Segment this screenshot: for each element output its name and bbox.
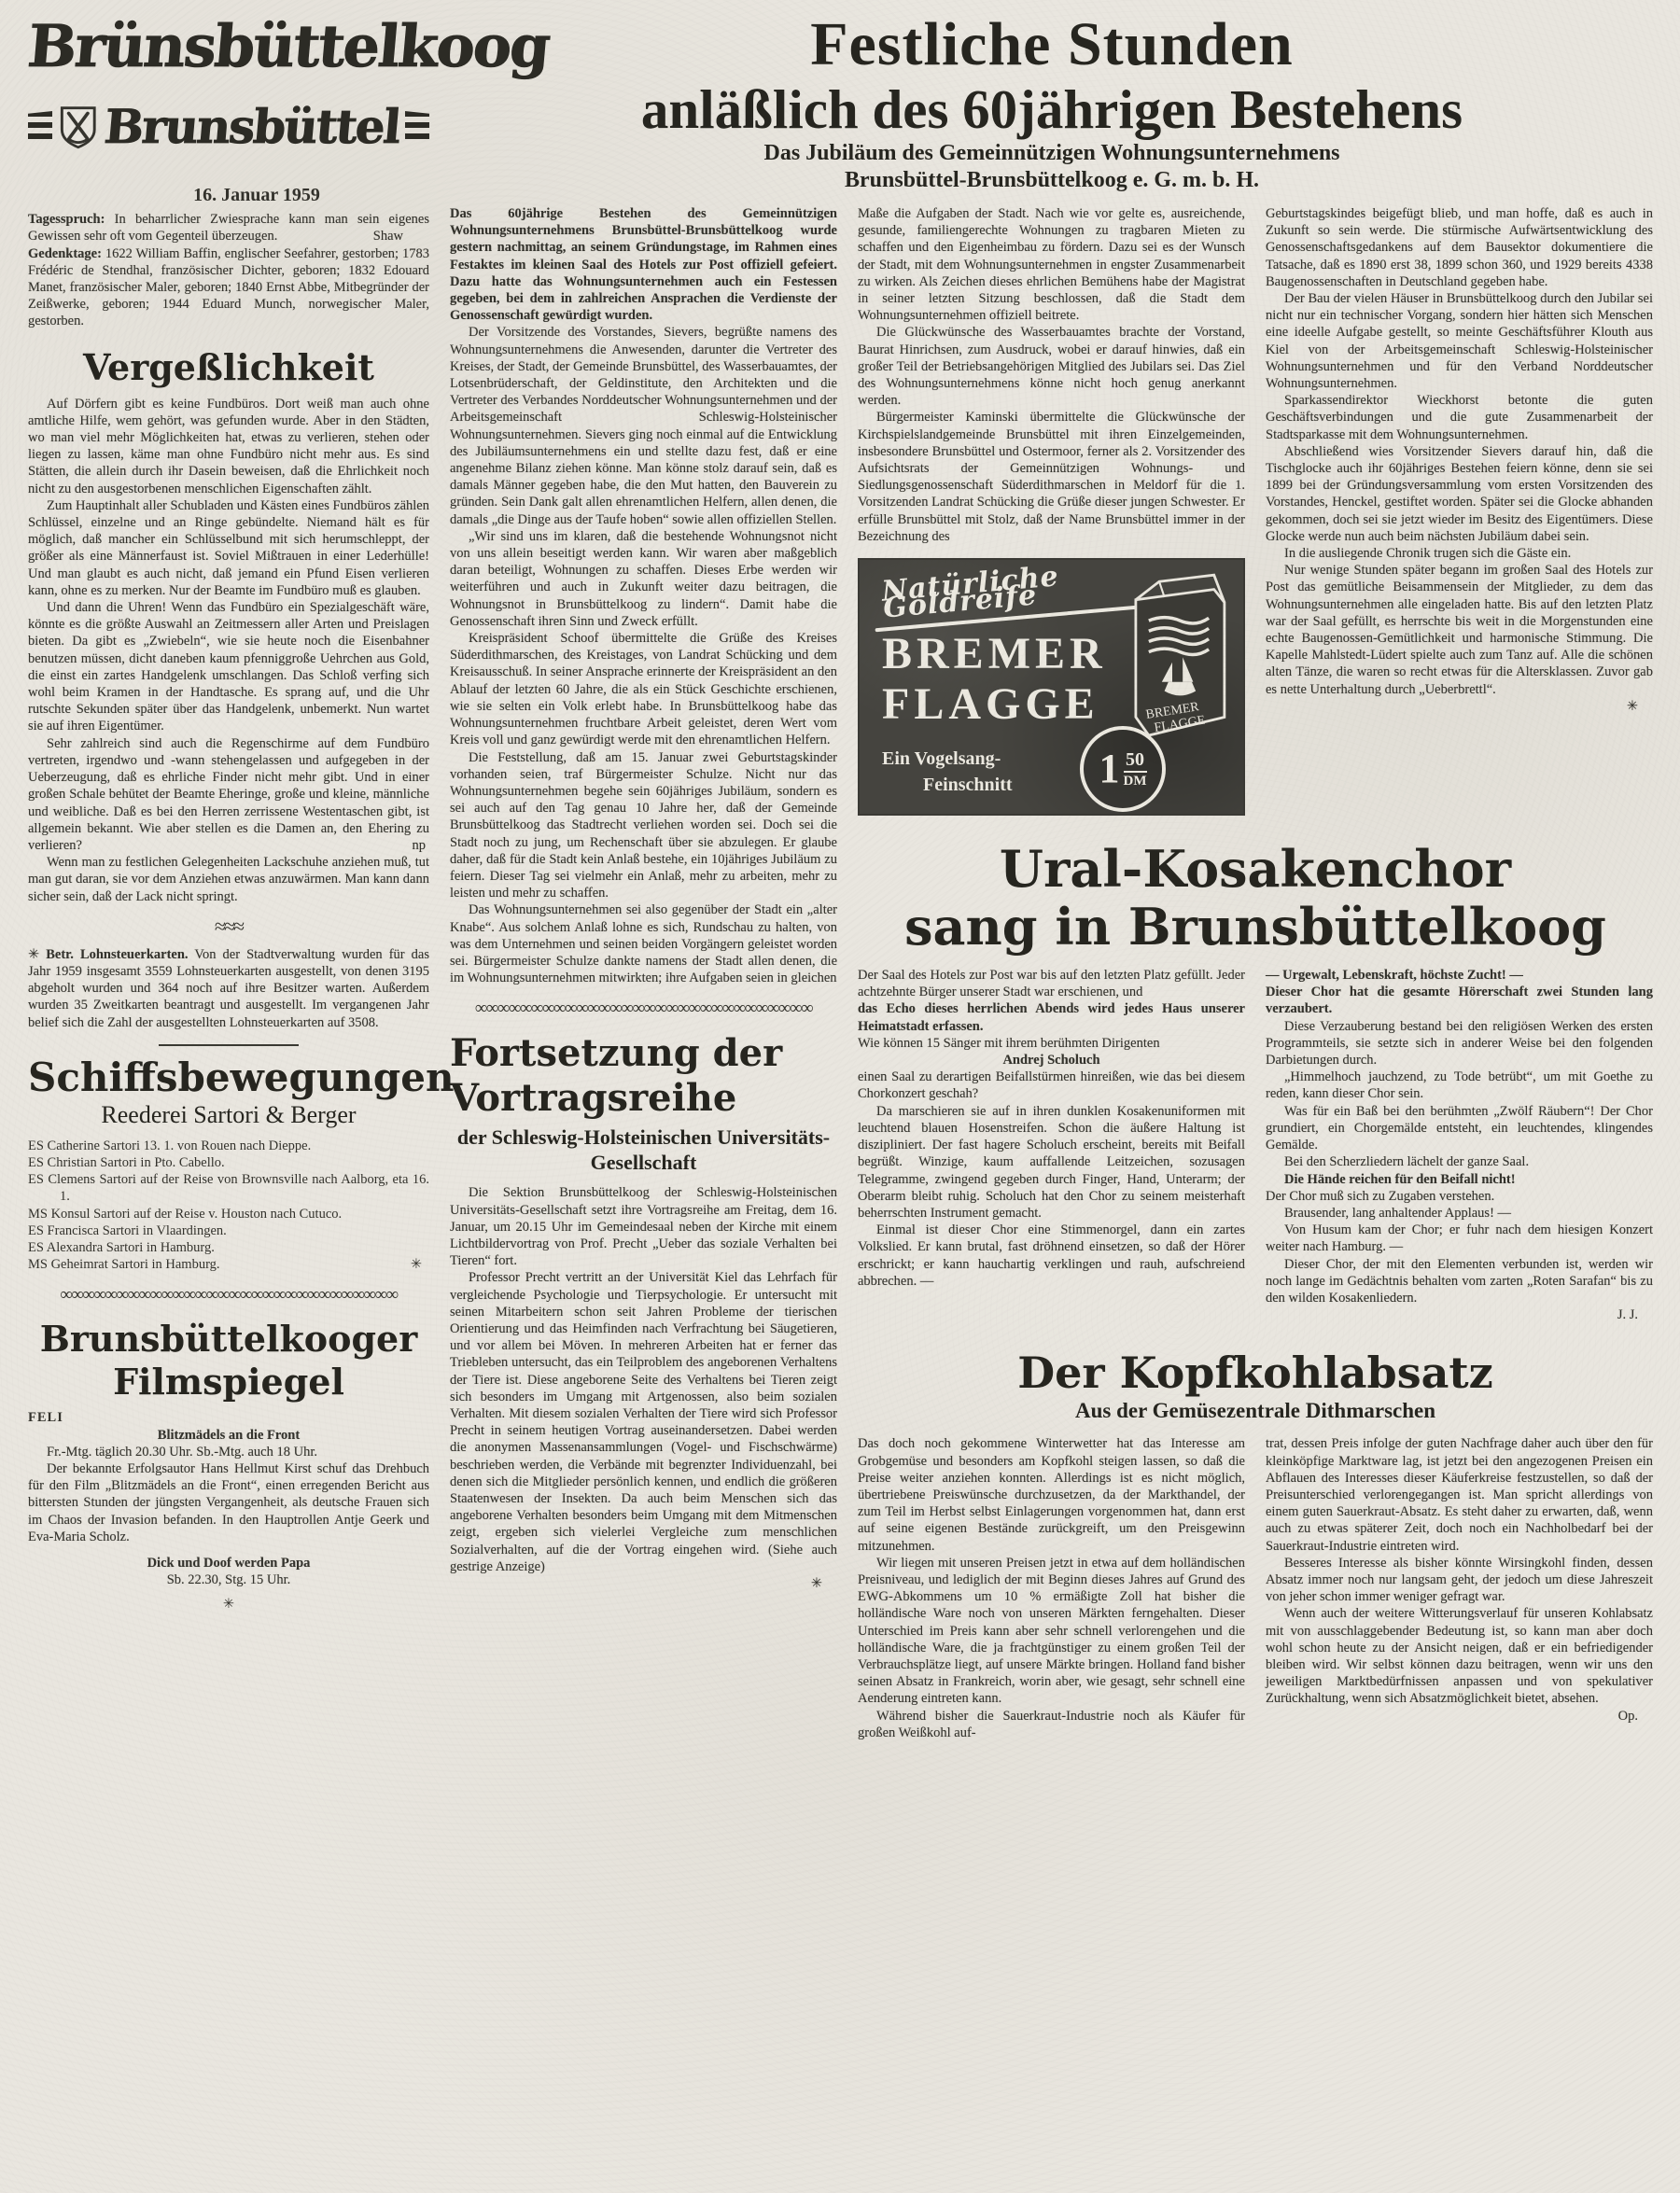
cinema-name: FELI <box>28 1409 429 1426</box>
paragraph: Besseres Interesse als bisher könnte Wir… <box>1266 1555 1653 1606</box>
film1-times: Fr.-Mtg. täglich 20.30 Uhr. Sb.-Mtg. auc… <box>28 1444 429 1460</box>
paragraph: Nur wenige Stunden später begann im groß… <box>1266 562 1653 698</box>
left-column: Brünsbüttelkoog Brunsbüttel 16. Januar 1… <box>28 17 429 1613</box>
tagesspruch-author: Shaw <box>373 228 429 244</box>
headline-line2: anläßlich des 60jährigen Bestehens <box>450 78 1654 140</box>
jubilee-col3: Geburtstagskindes beigefügt blieb, und m… <box>1266 205 1653 715</box>
section-title-filmspiegel: Brunsbüttelkooger Filmspiegel <box>28 1318 429 1404</box>
paragraph: Die Sektion Brunsbüttelkoog der Schleswi… <box>450 1184 837 1269</box>
main-area: Festliche Stunden anläßlich des 60jährig… <box>450 11 1654 1741</box>
paragraph: In die ausliegende Chronik trugen sich d… <box>1266 545 1653 562</box>
paragraph: Maße die Aufgaben der Stadt. Nach wie vo… <box>858 205 1245 324</box>
paragraph: „Himmelhoch jauchzend, zu Tode betrübt“,… <box>1266 1069 1653 1102</box>
paragraph: Abschließend wies Vorsitzender Sievers d… <box>1266 443 1653 545</box>
kopfkohl-column-2: trat, dessen Preis infolge der guten Nac… <box>1266 1435 1653 1741</box>
paragraph: MS Konsul Sartori auf der Reise v. Houst… <box>28 1206 429 1222</box>
paragraph: Bürgermeister Kaminski übermittelte die … <box>858 409 1245 545</box>
section-title-schiffsbewegungen: Schiffsbewegungen <box>28 1055 429 1100</box>
section-subtitle-kopfkohl: Aus der Gemüsezentrale Dithmarschen <box>858 1398 1653 1424</box>
tagesspruch-label: Tagesspruch: <box>28 212 105 227</box>
tobacco-pack-illustration-icon: BREMER FLAGGE <box>1107 571 1238 748</box>
paragraph: Dieser Chor hat die gesamte Hörerschaft … <box>1266 984 1653 1017</box>
banner-wing-left-icon <box>28 111 52 143</box>
headline-sub2: Brunsbüttel-Brunsbüttelkoog e. G. m. b. … <box>450 167 1654 194</box>
paragraph: Der Vorsitzende des Vorstandes, Sievers,… <box>450 324 837 527</box>
ad-brand-name: BREMER FLAGGE <box>882 629 1107 730</box>
ad-price-unit: DM <box>1124 771 1147 789</box>
paragraph: „Wir sind uns im klaren, daß die bestehe… <box>450 528 837 630</box>
film2-title: Dick und Doof werden Papa <box>28 1555 429 1571</box>
paragraph: ES Alexandra Sartori in Hamburg. <box>28 1239 429 1256</box>
newspaper-page: Brünsbüttelkoog Brunsbüttel 16. Januar 1… <box>0 0 1680 2193</box>
paragraph: Professor Precht vertritt an der Univers… <box>450 1269 837 1575</box>
section-title-kosakenchor-line1: Ural-Kosakenchor <box>858 840 1653 898</box>
ship-movements-list: ES Catherine Sartori 13. 1. von Rouen na… <box>28 1138 429 1274</box>
paragraph: J. J. <box>1266 1306 1653 1323</box>
paragraph: Das Wohnungsunternehmen sei also gegenüb… <box>450 901 837 986</box>
banner-wing-right-icon <box>405 111 429 143</box>
paragraph: Der Bau der vielen Häuser in Brunsbüttel… <box>1266 290 1653 392</box>
paragraph: Brausender, lang anhaltender Applaus! — <box>1266 1205 1653 1222</box>
paragraph: Was für ein Baß bei den berühmten „Zwölf… <box>1266 1103 1653 1154</box>
paragraph: trat, dessen Preis infolge der guten Nac… <box>1266 1435 1653 1554</box>
issue-date: 16. Januar 1959 <box>84 187 429 203</box>
squiggle-divider-icon: ≈≈≈ <box>28 915 429 939</box>
paragraph: Das 60jährige Bestehen des Gemeinnützige… <box>450 205 837 324</box>
paragraph: Wie können 15 Sänger mit ihrem berühmten… <box>858 1035 1245 1052</box>
asterisk-icon: ✳ <box>28 947 39 962</box>
paragraph: ES Christian Sartori in Pto. Cabello. <box>28 1154 429 1171</box>
rope-divider-icon: ∞∞∞∞∞∞∞∞∞∞∞∞∞∞∞∞∞∞∞∞∞∞∞∞∞∞∞∞∞∞ <box>28 1284 429 1306</box>
section-subtitle-vortragsreihe: der Schleswig-Holsteinischen Universität… <box>450 1124 837 1175</box>
paragraph: Von Husum kam der Chor; er fuhr nach dem… <box>1266 1222 1653 1255</box>
article-title-vergesslichkeit: Vergeßlichkeit <box>28 347 429 388</box>
kosaken-column-1: Der Saal des Hotels zur Post war bis auf… <box>858 967 1245 1323</box>
paragraph: Dieser Chor, der mit den Elementen verbu… <box>1266 1256 1653 1307</box>
paragraph: einen Saal zu derartigen Beifallstürmen … <box>858 1069 1245 1102</box>
film2-times: Sb. 22.30, Stg. 15 Uhr. <box>28 1571 429 1588</box>
paragraph: ES Catherine Sartori 13. 1. von Rouen na… <box>28 1138 429 1154</box>
masthead-title-line1: Brünsbüttelkoog <box>25 17 432 77</box>
section-title-kosakenchor-line2: sang in Brunsbüttelkoog <box>858 898 1653 956</box>
paragraph: Wenn man zu festlichen Gelegenheiten Lac… <box>28 854 429 905</box>
paragraph: Einmal ist dieser Chor eine Stimmenorgel… <box>858 1222 1245 1290</box>
paragraph: das Echo dieses herrlichen Abends wird j… <box>858 1000 1245 1034</box>
vortrag-body: Die Sektion Brunsbüttelkoog der Schleswi… <box>450 1184 837 1592</box>
tagesspruch: Tagesspruch: In beharrlicher Zwiesprache… <box>28 211 429 244</box>
paragraph: Zum Hauptinhalt aller Schubladen und Käs… <box>28 497 429 599</box>
paragraph: ES Francisca Sartori in Vlaardingen. <box>28 1222 429 1239</box>
paragraph: ✳ <box>1266 698 1653 715</box>
section-title-vortragsreihe: Fortsetzung der Vortragsreihe <box>450 1031 837 1121</box>
ad-price-frac-num: 50 <box>1126 750 1144 771</box>
paragraph: — Urgewalt, Lebenskraft, höchste Zucht! … <box>1266 967 1653 984</box>
ad-brand-line1: BREMER <box>882 629 1107 679</box>
coat-of-arms-icon <box>58 82 99 172</box>
paragraph: Sehr zahlreich sind auch die Regenschirm… <box>28 735 429 854</box>
rope-divider-icon: ∞∞∞∞∞∞∞∞∞∞∞∞∞∞∞∞∞∞∞∞∞∞∞∞∞∞∞∞∞∞ <box>450 998 837 1020</box>
paragraph: Und dann die Uhren! Wenn das Fundbüro ei… <box>28 599 429 735</box>
advertisement-bremer-flagge: Natürliche Goldreife BREMER FLAGGE Ein V… <box>858 558 1245 816</box>
paragraph: Geburtstagskindes beigefügt blieb, und m… <box>1266 205 1653 290</box>
main-columns-2-3: Maße die Aufgaben der Stadt. Nach wie vo… <box>858 205 1653 1741</box>
ad-brand-line2: FLAGGE <box>882 679 1107 730</box>
masthead: Brünsbüttelkoog Brunsbüttel 16. Januar 1… <box>28 17 429 203</box>
main-column-3: Geburtstagskindes beigefügt blieb, und m… <box>1266 205 1653 816</box>
gedenktage: Gedenktage: 1622 William Baffin, englisc… <box>28 245 429 330</box>
ad-tagline-2: Feinschnitt <box>923 776 1013 793</box>
jubilee-col1: Das 60jährige Bestehen des Gemeinnützige… <box>450 205 837 986</box>
lohnsteuer-label: Betr. Lohnsteuerkarten. <box>46 947 188 962</box>
masthead-row: Brunsbüttel <box>28 82 429 172</box>
headline-line1: Festliche Stunden <box>450 11 1654 78</box>
kopfkohl-column-1: Das doch noch gekommene Winterwetter hat… <box>858 1435 1245 1741</box>
paragraph: Auf Dörfern gibt es keine Fundbüros. Dor… <box>28 396 429 497</box>
paragraph: Während bisher die Sauerkraut-Industrie … <box>858 1708 1245 1741</box>
paragraph: Kreispräsident Schoof übermittelte die G… <box>450 630 837 748</box>
paragraph: Wenn auch der weitere Witterungsverlauf … <box>1266 1605 1653 1707</box>
short-rule-divider <box>159 1044 299 1046</box>
paragraph: np <box>28 837 429 854</box>
film1-text: Der bekannte Erfolgsautor Hans Hellmut K… <box>28 1460 429 1545</box>
paragraph: Da marschieren sie auf in ihren dunklen … <box>858 1103 1245 1222</box>
film1-title: Blitzmädels an die Front <box>28 1427 429 1444</box>
paragraph: Die Hände reichen für den Beifall nicht! <box>1266 1171 1653 1188</box>
paragraph: Andrej Scholuch <box>858 1052 1245 1069</box>
kosaken-column-2: — Urgewalt, Lebenskraft, höchste Zucht! … <box>1266 967 1653 1323</box>
kopfkohl-columns: Das doch noch gekommene Winterwetter hat… <box>858 1435 1653 1741</box>
gedenktage-label: Gedenktage: <box>28 246 102 261</box>
paragraph: Die Glückwünsche des Wasserbauamtes brac… <box>858 324 1245 409</box>
section-subtitle-reederei: Reederei Sartori & Berger <box>28 1100 429 1130</box>
ad-price-fraction: 50 DM <box>1124 750 1147 789</box>
main-column-1: Das 60jährige Bestehen des Gemeinnützige… <box>450 205 837 1741</box>
headline-sub1: Das Jubiläum des Gemeinnützigen Wohnungs… <box>450 140 1654 167</box>
paragraph: Sparkassendirektor Wieckhorst betonte di… <box>1266 392 1653 443</box>
section-title-kopfkohl: Der Kopfkohlabsatz <box>858 1348 1653 1398</box>
paragraph: Wir liegen mit unseren Preisen jetzt in … <box>858 1555 1245 1708</box>
paragraph: Bei den Scherzliedern lächelt der ganze … <box>1266 1153 1653 1170</box>
main-column-2: Maße die Aufgaben der Stadt. Nach wie vo… <box>858 205 1245 816</box>
ad-price-whole: 1 <box>1099 761 1120 777</box>
lohnsteuer-note: ✳ Betr. Lohnsteuerkarten. Von der Stadtv… <box>28 946 429 1031</box>
lead-headline: Festliche Stunden anläßlich des 60jährig… <box>450 11 1654 194</box>
article-body-vergesslichkeit: Auf Dörfern gibt es keine Fundbüros. Dor… <box>28 396 429 905</box>
paragraph: ES Clemens Sartori auf der Reise von Bro… <box>28 1171 429 1205</box>
paragraph: ✳ <box>450 1575 837 1592</box>
paragraph: Op. <box>1266 1708 1653 1725</box>
jubilee-col2: Maße die Aufgaben der Stadt. Nach wie vo… <box>858 205 1245 545</box>
paragraph: Das doch noch gekommene Winterwetter hat… <box>858 1435 1245 1554</box>
paragraph: Der Saal des Hotels zur Post war bis auf… <box>858 967 1245 1000</box>
asterisk-icon: ✳ <box>28 1596 429 1613</box>
ad-tagline-1: Ein Vogelsang- <box>882 750 1001 767</box>
paragraph: Der Chor muß sich zu Zugaben verstehen. <box>1266 1188 1653 1205</box>
masthead-title-line2: Brunsbüttel <box>103 102 402 152</box>
kosaken-columns: Der Saal des Hotels zur Post war bis auf… <box>858 967 1653 1323</box>
paragraph: Diese Verzauberung bestand bei den relig… <box>1266 1018 1653 1069</box>
paragraph: Die Feststellung, daß am 15. Januar zwei… <box>450 749 837 902</box>
